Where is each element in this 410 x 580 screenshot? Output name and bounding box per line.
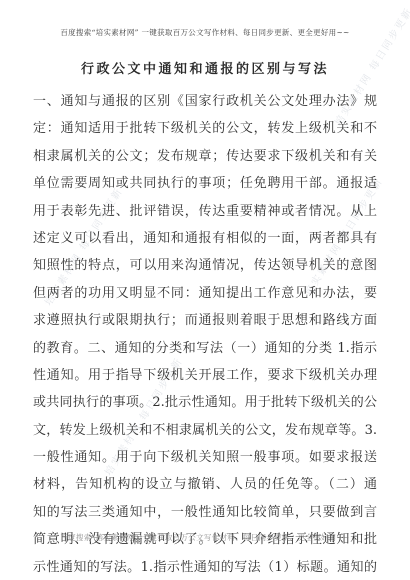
header-promo-note: 百度搜索“培实素材网” 一键获取百万公文写作材料、每日同步更新、更全更好用~~ [0, 27, 410, 38]
body-line: 求遵照执行或限期执行；而通报则着眼于思想和路线方面 [33, 307, 377, 334]
page-title: 行政公文中通知和通报的区别与写法 [0, 58, 410, 77]
body-line: 用于表彰先进、批评错误，传达重要精神或者情况。从上 [33, 198, 377, 225]
body-line: 一、通知与通报的区别《国家行政机关公文处理办法》规 [33, 88, 377, 115]
body-line: 知照性的特点，可以用来沟通情况，传达领导机关的意图 [33, 252, 377, 279]
body-line: 单位需要周知或共同执行的事项；任免聘用干部。通报适 [33, 170, 377, 197]
footer-promo-note: 百度搜索“培实素材网” 一键获取百万公文写作材料、每日同步更新、更全更好用~~ [0, 532, 410, 543]
body-line: 定：通知适用于批转下级机关的公文，转发上级机关和不 [33, 115, 377, 142]
body-line: 相隶属机关的公文；发布规章；传达要求下级机关和有关 [33, 143, 377, 170]
body-line: 性通知。用于指导下级机关开展工作，要求下级机关办理 [33, 362, 377, 389]
body-line: 但两者的功用又明显不同：通知提出工作意见和办法，要 [33, 280, 377, 307]
body-line: 材料，告知机构的设立与撤销、人员的任免等。（二）通 [33, 471, 377, 498]
body-line: 的教育。二、通知的分类和写法（一）通知的分类 1.指示 [33, 335, 377, 362]
body-line: 述定义可以看出，通知和通报有相似的一面，两者都具有 [33, 225, 377, 252]
body-line: 一般性通知。用于向下级机关知照一般事项。如要求报送 [33, 444, 377, 471]
document-page: 百度搜索“培实素材网” 一键获取百万公文写作材料、每日同步更新、更全更好用~~ … [0, 0, 410, 580]
body-line: 或共同执行的事项。2.批示性通知。用于批转下级机关的公 [33, 389, 377, 416]
body-line: 示性通知的写法。1.指示性通知的写法（1）标题。通知的 [33, 554, 377, 580]
document-body: 一、通知与通报的区别《国家行政机关公文处理办法》规 定：通知适用于批转下级机关的… [33, 88, 377, 580]
body-line: 知的写法三类通知中，一般性通知比较简单，只要做到言 [33, 499, 377, 526]
body-line: 文，转发上级机关和不相隶属机关的公文，发布规章等。3. [33, 417, 377, 444]
